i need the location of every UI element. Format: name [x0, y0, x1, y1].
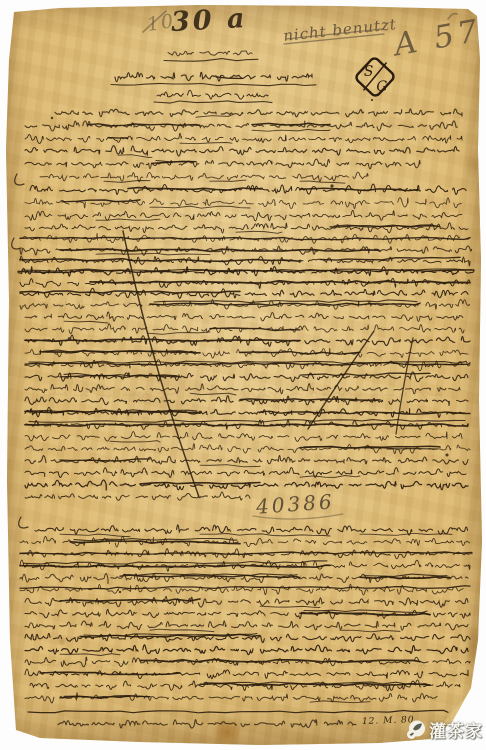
footnote-date-mark: 12. M. 80. — [362, 715, 419, 727]
archive-reference: A 57 — [392, 13, 485, 64]
stamp-letter-s: S — [364, 64, 374, 80]
nicht-benutzt-note: nicht benutzt — [282, 15, 397, 45]
crossed-out-number: 10 — [145, 10, 176, 36]
paper-stain — [56, 636, 68, 646]
stamp-diamond-icon: S G — [351, 53, 399, 101]
sg-stamp: S G — [351, 53, 399, 101]
paper-stain — [468, 140, 482, 190]
manuscript-handwriting-layer — [0, 0, 486, 750]
inventory-number-annotation: 40386 — [255, 489, 335, 518]
paper-stain — [120, 330, 210, 460]
folded-corner — [426, 680, 480, 742]
photo-background: 10 30 a nicht benutzt A 57 40386 12. M. … — [0, 0, 486, 750]
stamp-letter-g: G — [376, 79, 388, 95]
paper-stain — [468, 615, 484, 677]
page-number-annotation: 30 a — [170, 3, 248, 38]
manuscript-page: 10 30 a nicht benutzt A 57 40386 12. M. … — [0, 0, 486, 750]
paper-stain — [212, 718, 242, 746]
